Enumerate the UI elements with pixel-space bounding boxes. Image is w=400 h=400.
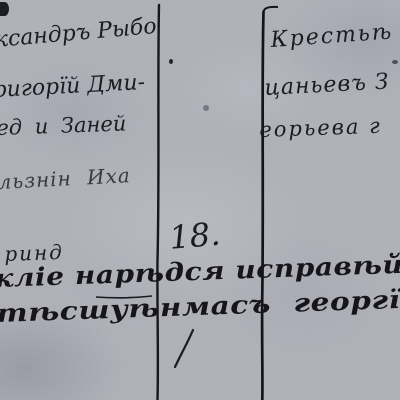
handwritten-left-line-1: ксандръ Рыбо [0, 16, 157, 52]
handwritten-left-line-2: ригорїй Дми- [0, 72, 146, 102]
paper-grain-rect [0, 0, 400, 400]
record-number: 18. [168, 218, 221, 254]
handwritten-right-line-2: цаньевъ З [264, 71, 390, 100]
paper-grain [0, 0, 400, 400]
ink-flourish-descender [175, 330, 193, 367]
edge-ink-mark [0, 2, 9, 16]
column-divider-right [262, 12, 263, 400]
ink-speck [169, 59, 173, 64]
handwritten-left-line-4: льзнін Иха [0, 165, 131, 192]
ink-smudge [203, 105, 209, 111]
column-divider-left [157, 5, 159, 400]
annotation-scrawl-line-1: кліе нарѣдся исправѣйжал [0, 249, 400, 291]
handwritten-left-line-3: ед и Заней [0, 113, 127, 139]
divider-top-hook [264, 7, 279, 12]
paper-texture [0, 0, 400, 400]
handwritten-right-line-3: еорьева г [259, 116, 382, 141]
ink-underline-stroke [96, 296, 152, 298]
ink-speck [392, 60, 398, 64]
handwritten-left-line-5: ринд [4, 242, 64, 264]
ruled-lines [0, 0, 400, 400]
handwritten-right-line-1: Крестьѣ [270, 21, 394, 52]
annotation-scrawl-line-2: тѣсшуѣнмасъ георгїй еф [0, 284, 400, 326]
document-scan: ксандръ Рыбо ригорїй Дми- ед и Заней льз… [0, 0, 400, 400]
